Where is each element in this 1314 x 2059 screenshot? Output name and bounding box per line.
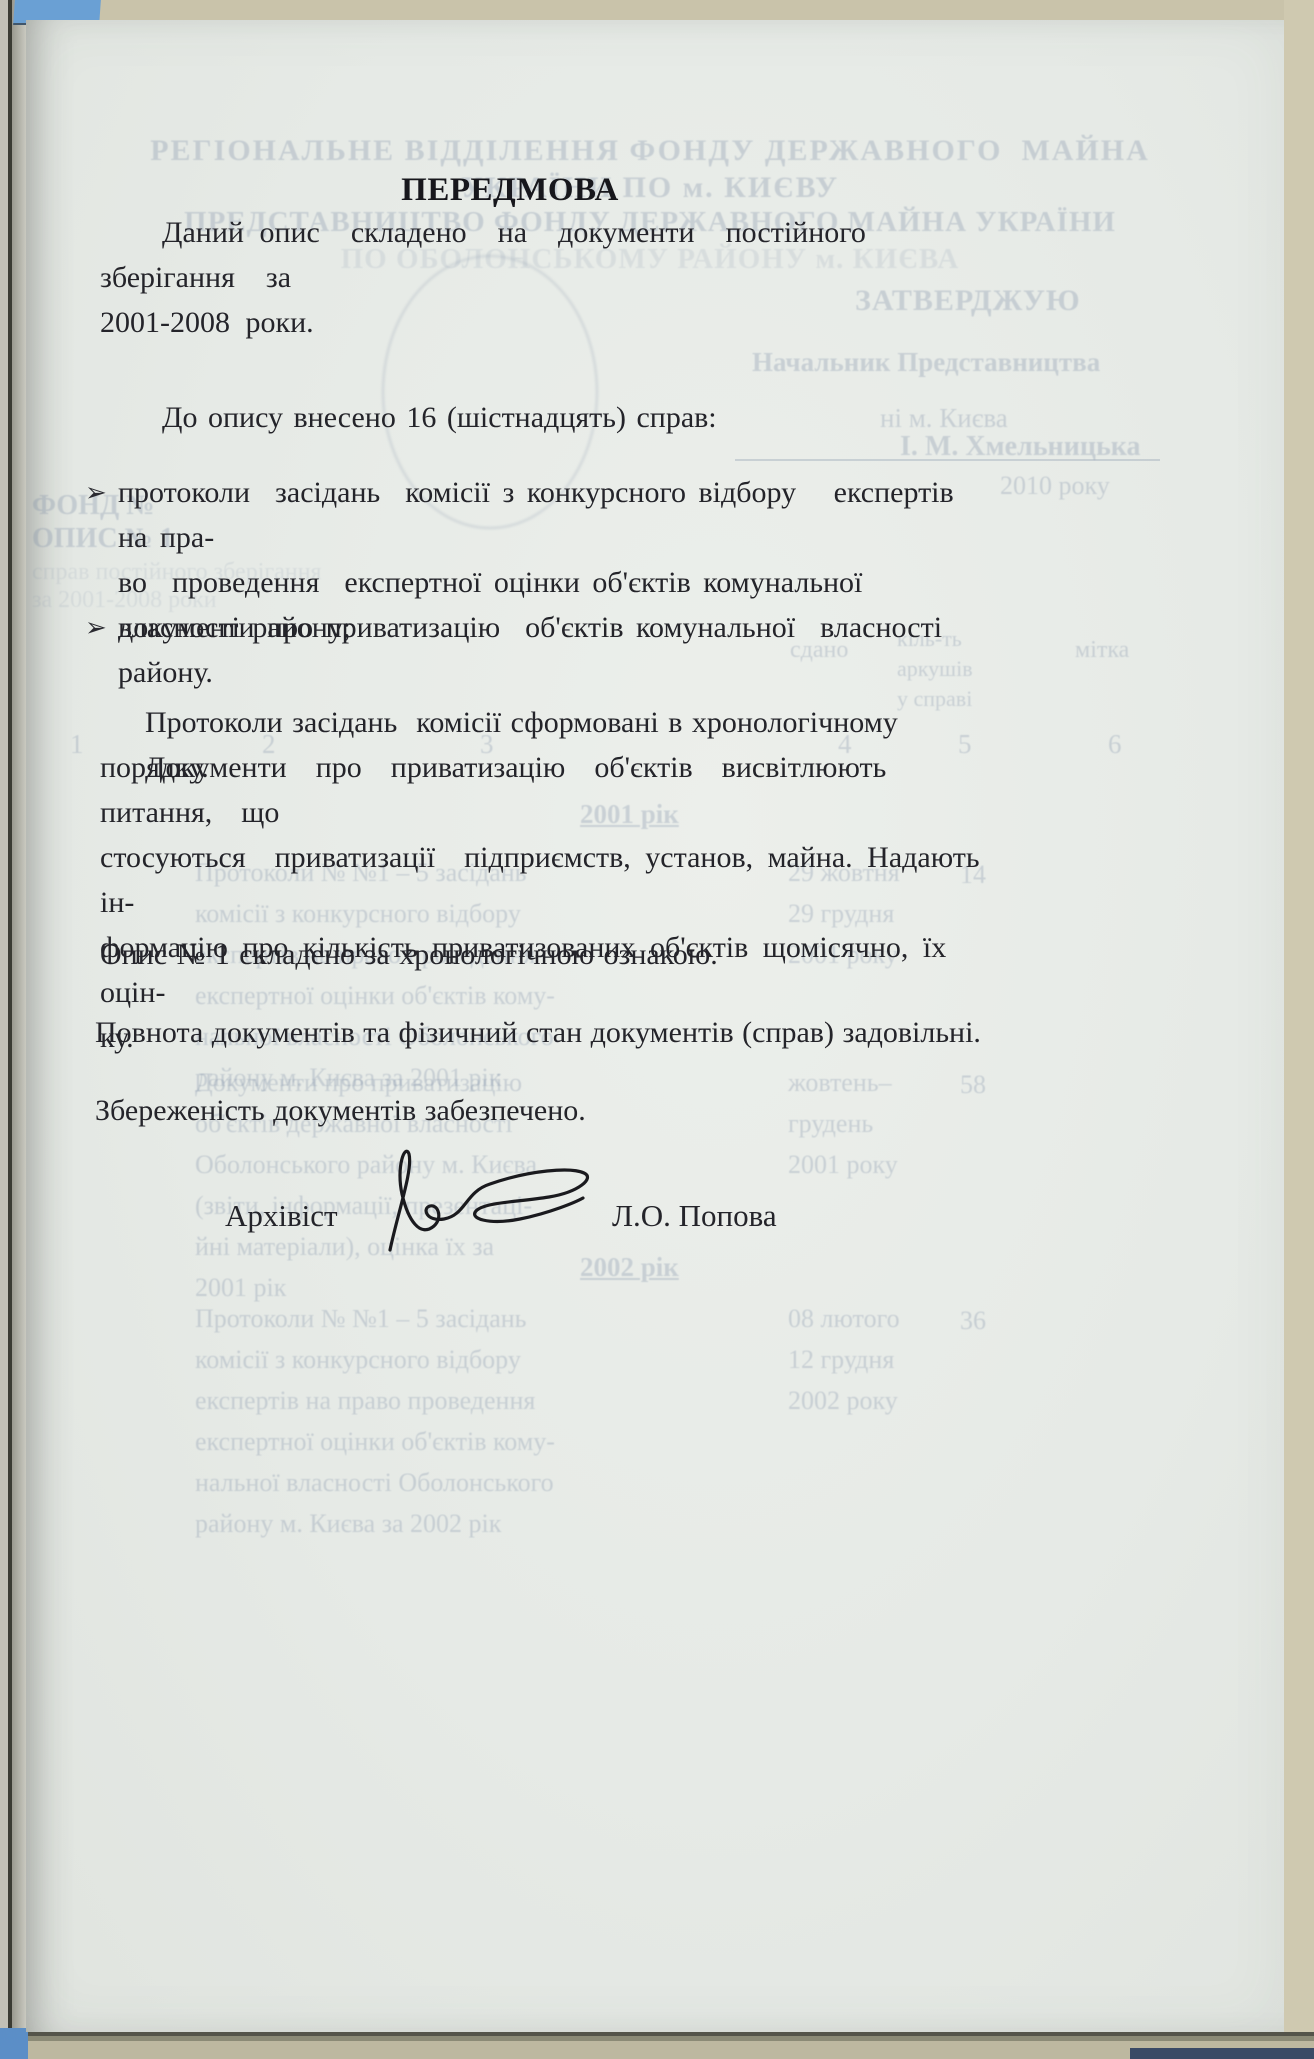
handwritten-signature [368, 1140, 603, 1255]
bleedthrough-signature-rule [735, 459, 1160, 461]
book-cover-corner-bottom-right [1130, 2048, 1314, 2059]
bullet-item-documents: документи про приватизацію об'єктів кому… [118, 605, 958, 695]
book-cover-corner-bottom-left [0, 2028, 28, 2059]
scan-background-top [0, 0, 1314, 20]
paragraph-opys: Опис № 1 складено за хронологічною ознак… [100, 932, 980, 977]
bleedthrough-row3-count: 36 [960, 1298, 986, 1343]
bleedthrough-approve-year: 2010 року [1000, 463, 1110, 508]
scan-background-right [1284, 0, 1314, 2059]
bullet-arrow-icon: ➢ [85, 605, 107, 650]
paragraph-povnota: Повнота документів та фізичний стан доку… [95, 1010, 1015, 1055]
paragraph-intro: Даний опис складено на документи постійн… [100, 210, 980, 345]
bleedthrough-approver-title: Начальник Представництва [752, 340, 1100, 385]
document-title: ПЕРЕДМОВА [100, 168, 920, 213]
signature-role-label: Архівіст [225, 1198, 338, 1234]
bleedthrough-col-number: 6 [1108, 722, 1122, 767]
scan-background-bottom [0, 2032, 1314, 2059]
bleedthrough-row3-dates: 08 лютого 12 грудня 2002 року [788, 1298, 900, 1421]
bleedthrough-col-number: 1 [70, 722, 84, 767]
bleedthrough-row3-text: Протоколи № №1 – 5 засідань комісії з ко… [195, 1298, 555, 1544]
paragraph-zberezhenist: Збереженість документів забезпечено. [95, 1088, 1015, 1133]
signature-name: Л.О. Попова [612, 1198, 777, 1234]
bullet-arrow-icon: ➢ [85, 470, 107, 515]
bleedthrough-col-header-mitka: мітка [1075, 628, 1129, 673]
paragraph-count: До опису внесено 16 (шістнадцять) справ: [100, 395, 980, 440]
book-gutter-edge [0, 0, 26, 2059]
